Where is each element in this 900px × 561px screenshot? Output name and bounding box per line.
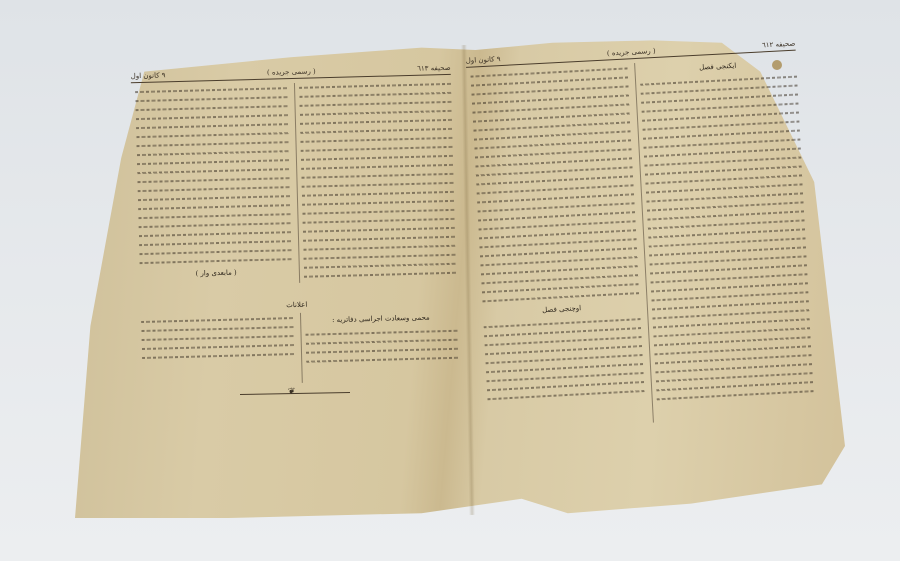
left-column-left: ( مابعدى وار ) xyxy=(131,83,293,287)
announcement-left xyxy=(137,313,295,387)
left-page-columns: ( مابعدى وار ) xyxy=(131,79,456,287)
right-page-number: صحيفه ٦١٢ xyxy=(762,40,796,50)
left-page-number: صحيفه ٦١٣ xyxy=(417,64,451,73)
left-page: صحيفه ٦١٣ ( رسمى جريده ) ٩ كانون اول ( م… xyxy=(131,64,460,412)
right-page: صحيفه ٦١٢ ( رسمى جريده ) ٩ كانون اول ايك… xyxy=(466,40,815,427)
right-column-right: ايكنجى فصل xyxy=(634,55,815,423)
left-column-right xyxy=(293,79,456,283)
signature-text: ( مابعدى وار ) xyxy=(140,267,293,280)
right-page-columns: ايكنجى فصل اوچنجى فصل xyxy=(466,55,814,432)
announcement-right: محمى وسعادت اجراسى دفاتريه : xyxy=(299,309,458,383)
announcements-columns: محمى وسعادت اجراسى دفاتريه : xyxy=(137,309,459,387)
notice-heading: محمى وسعادت اجراسى دفاتريه : xyxy=(305,313,458,326)
left-gazette-label: ( رسمى جريده ) xyxy=(267,67,316,76)
right-gazette-label: ( رسمى جريده ) xyxy=(607,47,656,58)
right-date-label: ٩ كانون اول xyxy=(466,55,501,65)
left-date-label: ٩ كانون اول xyxy=(131,71,166,80)
photo-scene: صحيفه ٦١٣ ( رسمى جريده ) ٩ كانون اول ( م… xyxy=(0,0,900,561)
right-column-left: اوچنجى فصل xyxy=(466,63,646,431)
